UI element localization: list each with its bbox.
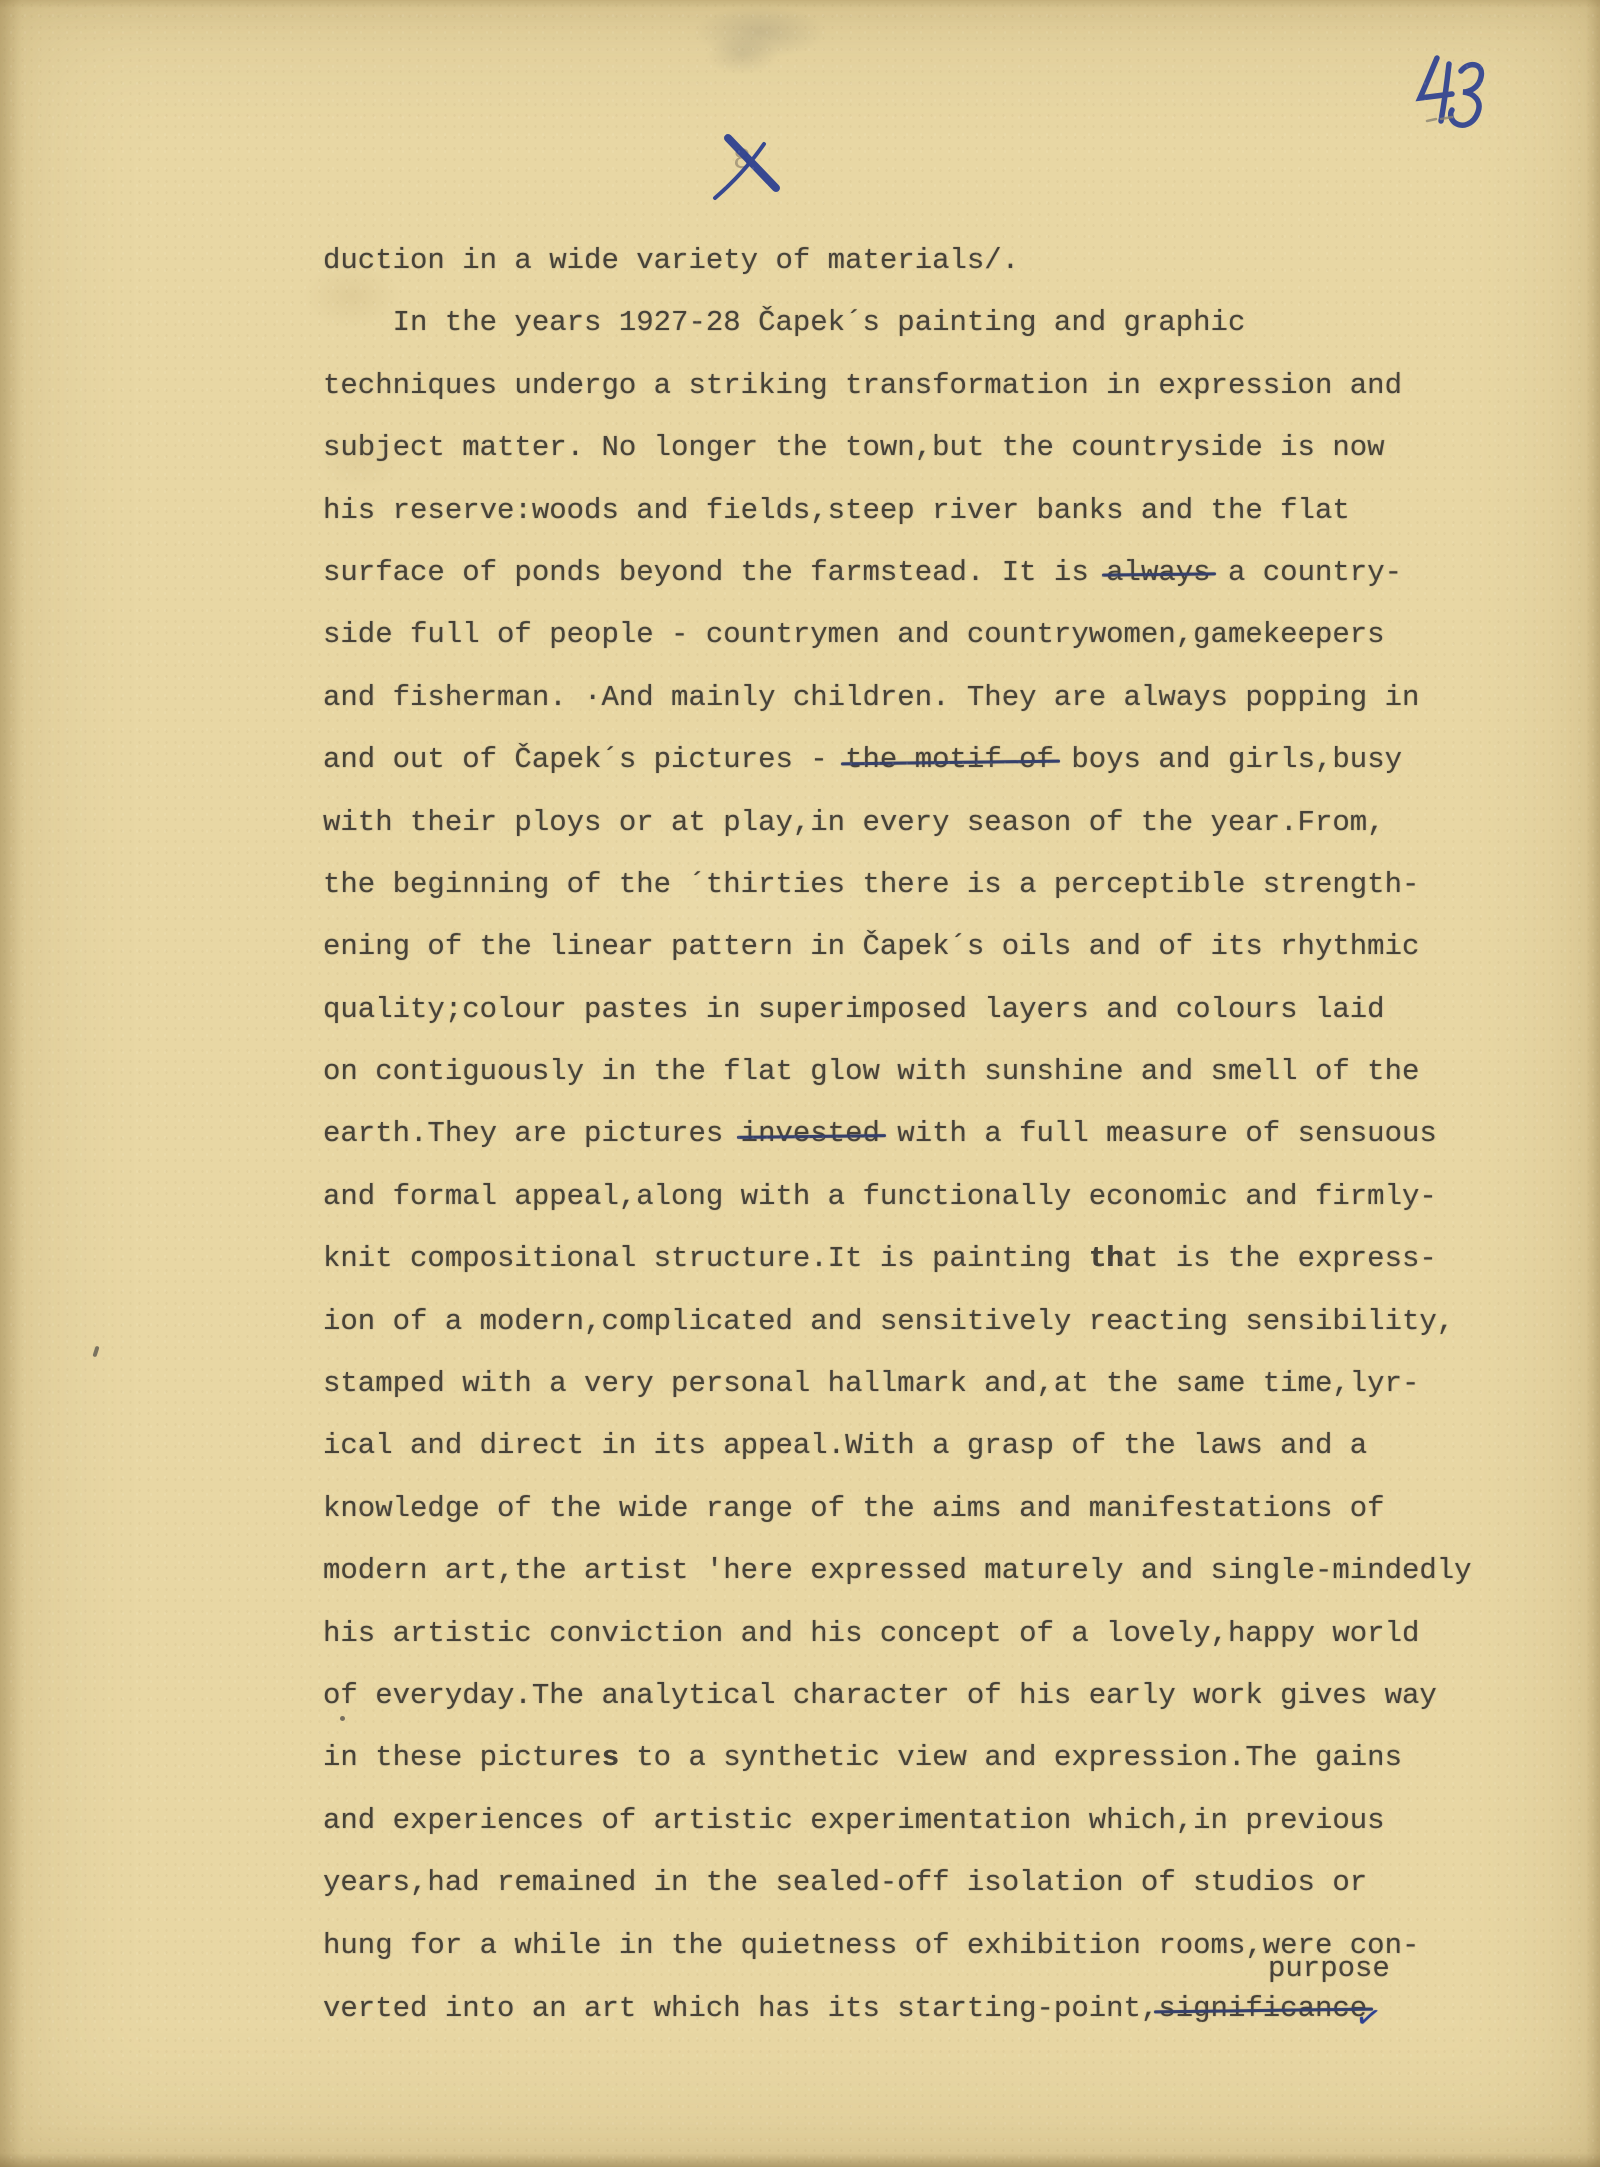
typed-line: of everyday.The analytical character of … — [323, 1665, 1472, 1727]
typed-line: in these pictures to a synthetic view an… — [323, 1727, 1472, 1789]
typed-segment: side full of people - countrymen and cou… — [323, 618, 1385, 651]
typed-segment: in these picture — [323, 1741, 601, 1774]
typed-segment: a country- — [1211, 556, 1402, 589]
typed-segment: years,had remained in the sealed-off iso… — [323, 1866, 1367, 1899]
typed-segment: earth.They are pictures — [323, 1117, 741, 1150]
typed-segment: quality;colour pastes in superimposed la… — [323, 993, 1385, 1026]
typed-line: duction in a wide variety of materials/. — [323, 230, 1472, 292]
typed-segment: of everyday.The analytical character of … — [323, 1679, 1437, 1712]
typed-segment: at is the express- — [1124, 1242, 1437, 1275]
typed-line: subject matter. No longer the town,but t… — [323, 417, 1472, 479]
typed-line: side full of people - countrymen and cou… — [323, 604, 1472, 666]
typed-segment: the beginning of the ´thirties there is … — [323, 868, 1419, 901]
typed-segment: subject matter. No longer the town,but t… — [323, 431, 1385, 464]
typed-line: his artistic conviction and his concept … — [323, 1603, 1472, 1665]
typed-segment: ening of the linear pattern in Čapek´s o… — [323, 930, 1419, 963]
typed-line: surface of ponds beyond the farmstead. I… — [323, 542, 1472, 604]
typed-text: duction in a wide variety of materials/.… — [323, 230, 1472, 2039]
typed-segment: ical and direct in its appeal.With a gra… — [323, 1429, 1367, 1462]
typed-segment: knit compositional structure.It is paint… — [323, 1242, 1089, 1275]
typed-segment: stamped with a very personal hallmark an… — [323, 1367, 1419, 1400]
strike-text: always — [1106, 556, 1210, 589]
typed-segment: boys and girls,busy — [1054, 743, 1402, 776]
strike-text: invested — [741, 1117, 880, 1150]
typed-segment: surface of ponds beyond the farmstead. I… — [323, 556, 1106, 589]
typed-segment: modern art,the artist 'here expressed ma… — [323, 1554, 1472, 1587]
typed-segment: and formal appeal,along with a functiona… — [323, 1180, 1437, 1213]
typed-segment: hung for a while in the quietness of exh… — [323, 1929, 1419, 1962]
typed-line: ion of a modern,complicated and sensitiv… — [323, 1291, 1472, 1353]
typed-line: stamped with a very personal hallmark an… — [323, 1353, 1472, 1415]
typed-line: knowledge of the wide range of the aims … — [323, 1478, 1472, 1540]
typed-line: techniques undergo a striking transforma… — [323, 355, 1472, 417]
manuscript-page: 8 duction in a wide variety of materials… — [0, 0, 1600, 2167]
typed-line: and out of Čapek´s pictures - the motif … — [323, 729, 1472, 791]
typed-segment: In the years 1927-28 Čapek´s painting an… — [323, 306, 1245, 339]
typed-segment: knowledge of the wide range of the aims … — [323, 1492, 1385, 1525]
typed-line: with their ploys or at play,in every sea… — [323, 792, 1472, 854]
typed-line: on contiguously in the flat glow with su… — [323, 1041, 1472, 1103]
typed-line: ical and direct in its appeal.With a gra… — [323, 1415, 1472, 1477]
ink-speck — [340, 1716, 345, 1721]
typed-line: the beginning of the ´thirties there is … — [323, 854, 1472, 916]
typed-line: quality;colour pastes in superimposed la… — [323, 979, 1472, 1041]
typed-line: earth.They are pictures invested with a … — [323, 1103, 1472, 1165]
typed-segment: and experiences of artistic experimentat… — [323, 1804, 1385, 1837]
interline-insertion: purpose — [1268, 1952, 1390, 1985]
typed-line: ening of the linear pattern in Čapek´s o… — [323, 916, 1472, 978]
typed-segment: duction in a wide variety of materials/. — [323, 244, 1019, 277]
overtype-text: th — [1089, 1242, 1124, 1275]
typed-segment: and out of Čapek´s pictures - — [323, 743, 845, 776]
typed-line: modern art,the artist 'here expressed ma… — [323, 1540, 1472, 1602]
typed-line: and experiences of artistic experimentat… — [323, 1790, 1472, 1852]
typed-line: In the years 1927-28 Čapek´s painting an… — [323, 292, 1472, 354]
typed-line: and formal appeal,along with a functiona… — [323, 1166, 1472, 1228]
typed-line: and fisherman. ·And mainly children. The… — [323, 667, 1472, 729]
typed-segment: techniques undergo a striking transforma… — [323, 369, 1402, 402]
typed-segment: on contiguously in the flat glow with su… — [323, 1055, 1419, 1088]
typed-segment: verted into an art which has its startin… — [323, 1992, 1158, 2025]
typed-segment: his reserve:woods and fields,steep river… — [323, 494, 1350, 527]
typed-segment: with a full measure of sensuous — [880, 1117, 1437, 1150]
typed-segment: ion of a modern,complicated and sensitiv… — [323, 1305, 1454, 1338]
typed-line: years,had remained in the sealed-off iso… — [323, 1852, 1472, 1914]
typed-segment: to a synthetic view and expression.The g… — [619, 1741, 1402, 1774]
typed-segment: with their ploys or at play,in every sea… — [323, 806, 1385, 839]
typed-line: verted into an art which has its startin… — [323, 1977, 1472, 2039]
typed-segment: and fisherman. ·And mainly children. The… — [323, 681, 1419, 714]
typed-line: knit compositional structure.It is paint… — [323, 1228, 1472, 1290]
strike-text: the motif of — [845, 743, 1054, 776]
overtype-text: s — [601, 1741, 618, 1774]
strike-text: significance — [1158, 1992, 1367, 2025]
typed-segment: his artistic conviction and his concept … — [323, 1617, 1419, 1650]
typed-line: his reserve:woods and fields,steep river… — [323, 480, 1472, 542]
